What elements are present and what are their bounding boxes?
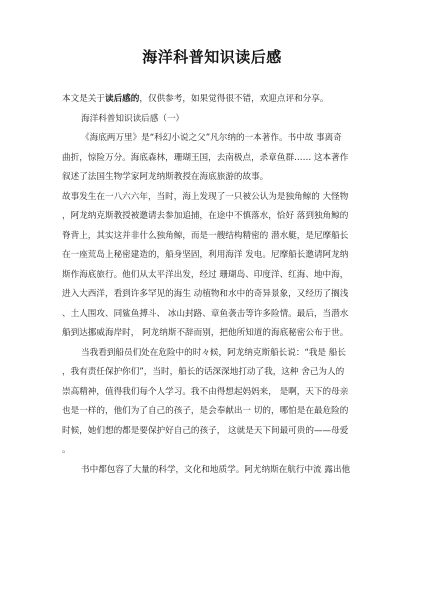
- document-title: 海洋科普知识读后感: [0, 46, 424, 67]
- paragraph-line: 曲折，惊险万分。海底森林，珊瑚王国，去南极点，杀章鱼群…… 这本著作: [62, 149, 369, 169]
- paragraph-line: 也是一样的，他们为了自己的孩子，是会奉献出一 切的，哪怕是在最危险的: [62, 402, 369, 422]
- paragraph-line: 书中都包容了大量的科学，文化和地质学。阿尤纳斯在航行中流 露出他: [62, 461, 369, 481]
- paragraph-line: 。: [62, 441, 369, 461]
- paragraph-line: 在一座荒岛上秘密建造的，船身坚固，利用海洋 发电。尼摩船长邀请阿龙纳: [62, 246, 369, 266]
- intro-line: 本文是关于读后感的，仅供参考，如果觉得很不错，欢迎点评和分享。: [62, 90, 369, 110]
- paragraph-line: 《海底两万里》是“科幻小说之父”凡尔纳的一本著作。书中故 事离奇: [62, 129, 369, 149]
- paragraph-line: 进入大西洋，看到许多罕见的海生 动植物和水中的奇异景象，又经历了搁浅: [62, 285, 369, 305]
- intro-prefix: 本文是关于: [62, 94, 105, 104]
- paragraph-line: ，阿龙纳克斯教授被邀请去参加追捕，在途中不慎落水，恰好 落到独角鲸的: [62, 207, 369, 227]
- section-subtitle: 海洋科普知识读后感（一）: [62, 110, 369, 130]
- paragraph-line: 脊背上，其实这并非什么独角鲸，而是一艘结构精密的 潜水艇，是尼摩船长: [62, 227, 369, 247]
- paragraph-line: 崇高精神，值得我们每个人学习。我不由得想起妈妈来， 是啊，天下的母亲: [62, 383, 369, 403]
- paragraph-line: ，我有责任保护你们”，当时，船长的话深深地打动了我，这种 舍己为人的: [62, 363, 369, 383]
- paragraph-line: 时候，她们想的都是要保护好自己的孩子， 这就是天下间最可贵的——母爱: [62, 422, 369, 442]
- paragraph-line: 故事发生在一八六六年，当时，海上发现了一只被公认为是独角鲸的 大怪物: [62, 188, 369, 208]
- intro-suffix: ，仅供参考，如果觉得很不错，欢迎点评和分享。: [139, 94, 328, 104]
- paragraph-line: 、土人围攻、同鲨鱼搏斗、 冰山封路、章鱼袭击等许多险情。最后，当潜水: [62, 305, 369, 325]
- intro-bold: 读后感的: [105, 94, 139, 104]
- paragraph-line: 叙述了法国生物学家阿龙纳斯教授在海底旅游的故事。: [62, 168, 369, 188]
- document-page: 海洋科普知识读后感 本文是关于读后感的，仅供参考，如果觉得很不错，欢迎点评和分享…: [0, 0, 424, 600]
- paragraph-line: 斯作海底旅行。他们从太平洋出发，经过 珊瑚岛、印度洋、红海、地中海，: [62, 266, 369, 286]
- paragraph-line: 当我看到船员们处在危险中的时々候，阿龙纳克斯船长说：“我是 船长: [62, 344, 369, 364]
- document-body: 本文是关于读后感的，仅供参考，如果觉得很不错，欢迎点评和分享。 海洋科普知识读后…: [62, 90, 369, 480]
- paragraph-line: 船到达挪威海岸时， 阿龙纳斯不辞而别，把他所知道的海底秘密公布于世。: [62, 324, 369, 344]
